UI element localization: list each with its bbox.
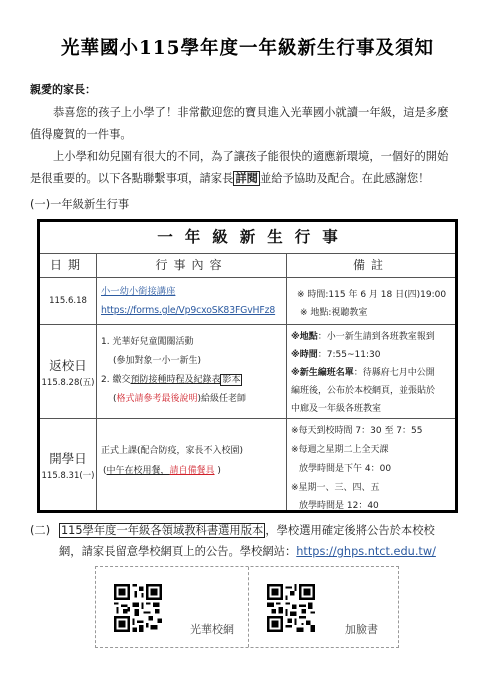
intro-p2-line2: 是很重要的。以下各點聯繫事項，請家長詳閱並給予協助及配合。在此感謝您！ xyxy=(30,168,470,190)
paren-close: ) xyxy=(215,466,221,476)
table-row: 返校日 115.8.28(五) 1. 光華好兒童闖關活動 (參加對象一小一新生)… xyxy=(40,325,455,419)
row3-date-label: 開學日 xyxy=(49,449,87,467)
school-website-link[interactable]: https://ghps.ntct.edu.tw/ xyxy=(296,545,436,558)
row1-content-cell: 小一幼小銜接講座 https://forms.gle/Vp9cxoSK83FGv… xyxy=(97,278,287,324)
qr-facebook: 加臉書 xyxy=(248,567,400,647)
row3-note-tuesday: ※每週之星期二上全天課 xyxy=(291,441,455,460)
copy-boxed: 影本 xyxy=(220,374,242,386)
intro-p2-after: 並給予協助及配合。在此感謝您！ xyxy=(260,172,429,185)
intro-p1-line1: 恭喜您的孩子上小學了！非常歡迎您的寶貝進入光華國小就讀一年級，這是多麼 xyxy=(30,102,470,124)
format-reference-note: 格式請參考最後說明 xyxy=(117,394,198,404)
table-title: 一年級新生行事 xyxy=(40,222,455,252)
table-row: 開學日 115.8.31(一) 正式上課(配合防疫，家長不入校園) (中午在校用… xyxy=(40,419,455,510)
read-carefully-boxed: 詳閱 xyxy=(233,171,260,186)
row2-date-label: 返校日 xyxy=(49,356,87,374)
page-title: 光華國小115學年度一年級新生行事及須知 xyxy=(0,34,495,60)
lunch-note: 中午在校用餐， xyxy=(107,466,170,476)
row3-date: 115.8.31(一) xyxy=(42,469,95,481)
qr-code-icon[interactable] xyxy=(267,584,315,632)
row2-item2-prefix: 2. 繳交 xyxy=(101,375,130,385)
row2-item1-sub: (參加對象一小一新生) xyxy=(101,352,286,371)
row1-date: 115.6.18 xyxy=(49,296,87,306)
section2-textbooks: (二)115學年度一年級各領域教科書選用版本，學校選用確定後將公告於本校校 網，… xyxy=(30,520,470,562)
row2-item2-after: )給級任老師 xyxy=(198,394,247,404)
qr-code-icon[interactable] xyxy=(114,584,162,632)
note-label: ※新生編班名單 xyxy=(291,368,354,378)
intro-paragraph-1: 恭喜您的孩子上小學了！非常歡迎您的寶貝進入光華國小就讀一年級，這是多麼 值得慶賀… xyxy=(30,102,470,146)
row1-note-time: ※ 時間:115 年 6 月 18 日(四)19:00 xyxy=(297,286,455,304)
row2-content-cell: 1. 光華好兒童闖關活動 (參加對象一小一新生) 2. 繳交預防接種時程及紀錄表… xyxy=(97,325,287,418)
section1-heading: (一)一年級新生行事 xyxy=(30,196,129,212)
google-form-link[interactable]: https://forms.gle/Vp9cxoSK83FGvHFz8 xyxy=(101,301,286,320)
section2-text1: ，學校選用確定後將公告於本校校 xyxy=(265,524,434,537)
row2-item1: 1. 光華好兒童闖關活動 xyxy=(101,333,286,352)
textbook-version-boxed: 115學年度一年級各領域教科書選用版本 xyxy=(59,523,265,538)
note-text: ：7:55~11:30 xyxy=(318,350,381,360)
note-text: ：小一新生請到各班教室報到 xyxy=(318,332,435,342)
note-text: ：待縣府七月中公開 xyxy=(354,368,435,378)
row3-line1: 正式上課(配合防疫，家長不入校園) xyxy=(101,441,286,461)
seminar-link[interactable]: 小一幼小銜接講座 xyxy=(101,282,286,301)
intro-paragraph-2: 上小學和幼兒園有很大的不同，為了讓孩子能很快的適應新環境，一個好的開始 是很重要… xyxy=(30,146,470,190)
row3-date-cell: 開學日 115.8.31(一) xyxy=(40,419,97,510)
qr-code-panel: 光華校網 加臉書 xyxy=(95,566,399,648)
qr-label-facebook: 加臉書 xyxy=(345,621,378,637)
row2-item2: 2. 繳交預防接種時程及紀錄表影本 xyxy=(101,371,286,390)
intro-p1-line2: 值得慶賀的一件事。 xyxy=(30,124,470,146)
row3-note-tuesday-dismissal: 放學時間是下午 4：00 xyxy=(291,460,455,479)
table-header-row: 日期 行事內容 備註 xyxy=(40,254,455,278)
vaccination-record: 預防接種時程及紀錄表 xyxy=(130,375,220,385)
note-label: ※地點 xyxy=(291,332,318,342)
header-notes: 備註 xyxy=(287,254,455,277)
row3-note-other-dismissal: 放學時間是 12：40 xyxy=(291,498,455,514)
header-date: 日期 xyxy=(40,254,97,277)
section2-line2: 網，請家長留意學校網頁上的公告。學校網站：https://ghps.ntct.e… xyxy=(30,541,470,562)
row2-notes-cell: ※地點：小一新生請到各班教室報到 ※時間：7:55~11:30 ※新生編班名單：… xyxy=(287,325,455,418)
row2-item2-note: (格式請參考最後說明)給級任老師 xyxy=(101,390,286,409)
table-title-row: 一年級新生行事 xyxy=(40,222,455,254)
row2-note-cont2: 中廊及一年級各班教室 xyxy=(291,400,455,418)
intro-p2-line1: 上小學和幼兒園有很大的不同，為了讓孩子能很快的適應新環境，一個好的開始 xyxy=(30,146,470,168)
row2-note-time: ※時間：7:55~11:30 xyxy=(291,346,455,364)
note-label: ※時間 xyxy=(291,350,318,360)
row2-date: 115.8.28(五) xyxy=(42,376,95,388)
row2-date-cell: 返校日 115.8.28(五) xyxy=(40,325,97,418)
row2-note-cont1: 編班後，公布於本校網頁，並張貼於 xyxy=(291,382,455,400)
bring-utensils-note: 請自備餐具 xyxy=(170,466,215,476)
row3-notes-cell: ※每天到校時間 7：30 至 7：55 ※每週之星期二上全天課 放學時間是下午 … xyxy=(287,419,455,510)
row1-note-location: ※ 地點:視聽教室 xyxy=(297,304,455,322)
intro-p2-before: 是很重要的。以下各點聯繫事項，請家長 xyxy=(30,172,233,185)
schedule-table: 一年級新生行事 日期 行事內容 備註 115.6.18 小一幼小銜接講座 htt… xyxy=(37,219,458,513)
row1-notes-cell: ※ 時間:115 年 6 月 18 日(四)19:00 ※ 地點:視聽教室 xyxy=(287,278,455,324)
row1-date-cell: 115.6.18 xyxy=(40,278,97,324)
header-content: 行事內容 xyxy=(97,254,287,277)
table-row: 115.6.18 小一幼小銜接講座 https://forms.gle/Vp9c… xyxy=(40,278,455,325)
qr-school-website: 光華校網 xyxy=(96,567,248,647)
section2-text2: 網，請家長留意學校網頁上的公告。學校網站： xyxy=(59,545,296,558)
row3-note-arrival: ※每天到校時間 7：30 至 7：55 xyxy=(291,422,455,441)
row3-line2: (中午在校用餐，請自備餐具 ) xyxy=(101,461,286,481)
section2-line1: (二)115學年度一年級各領域教科書選用版本，學校選用確定後將公告於本校校 xyxy=(30,520,470,541)
section2-number: (二) xyxy=(30,520,59,541)
row2-note-class-list: ※新生編班名單：待縣府七月中公開 xyxy=(291,364,455,382)
row2-note-location: ※地點：小一新生請到各班教室報到 xyxy=(291,328,455,346)
greeting: 親愛的家長： xyxy=(30,81,96,97)
row3-content-cell: 正式上課(配合防疫，家長不入校園) (中午在校用餐，請自備餐具 ) xyxy=(97,419,287,510)
row3-note-other-days: ※星期一、三、四、五 xyxy=(291,479,455,498)
qr-label-school-website: 光華校網 xyxy=(190,621,234,637)
